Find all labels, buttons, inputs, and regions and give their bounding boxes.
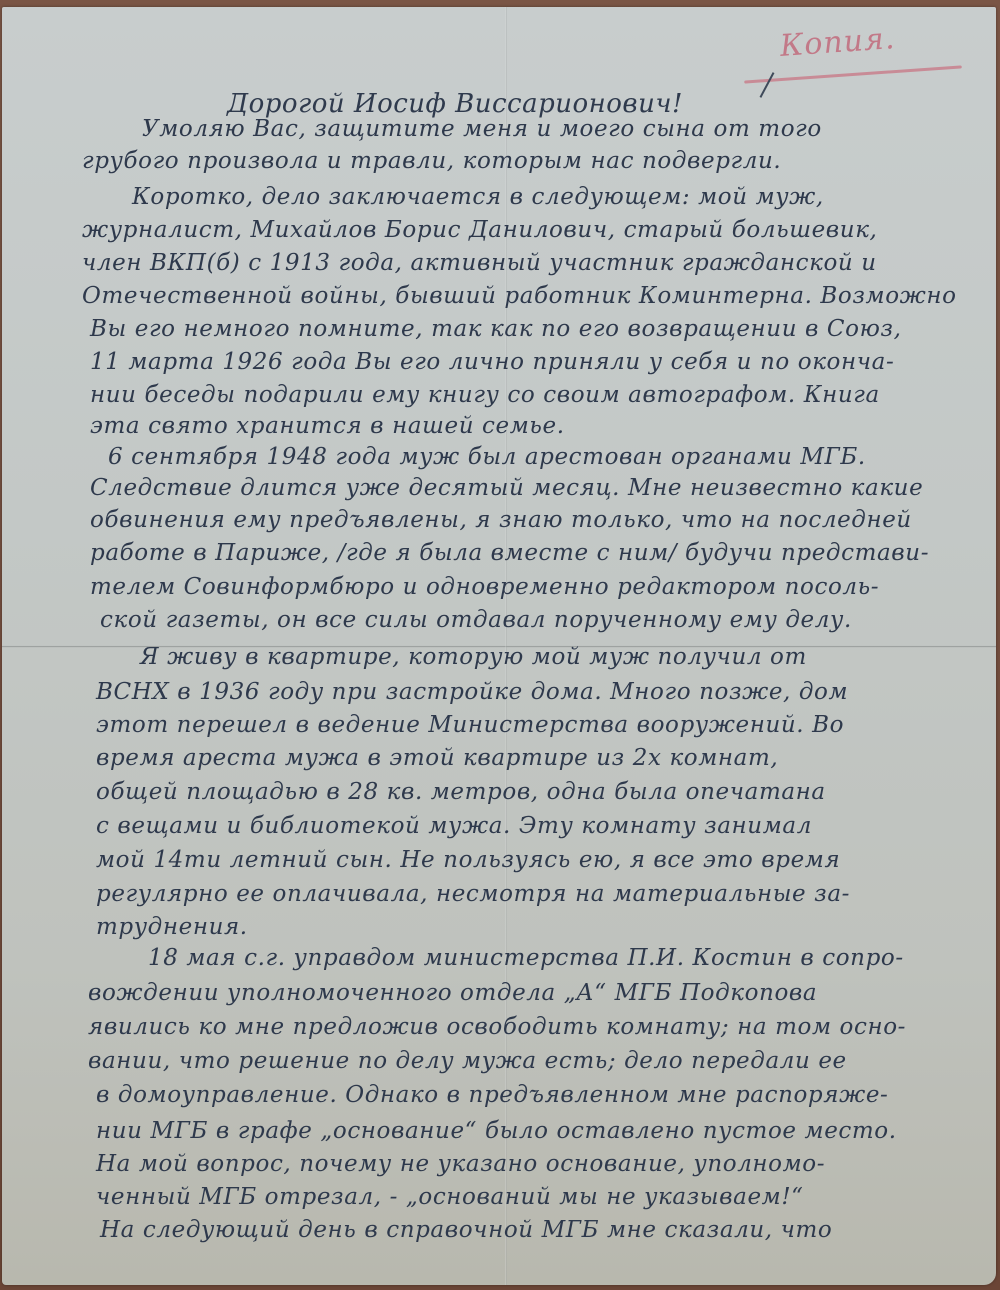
letter-line: явились ко мне предложив освободить комн… [88, 1014, 906, 1040]
letter-line: На мой вопрос, почему не указано основан… [96, 1151, 825, 1177]
letter-line: На следующий день в справочной МГБ мне с… [100, 1217, 832, 1243]
letter-line: ской газеты, он все силы отдавал поручен… [100, 607, 852, 633]
letter-line: вании, что решение по делу мужа есть; де… [88, 1048, 847, 1074]
letter-line: Вы его немного помните, так как по его в… [90, 316, 901, 342]
letter-line: журналист, Михайлов Борис Данилович, ста… [82, 217, 877, 243]
letter-line: ченный МГБ отрезал, - „оснований мы не у… [96, 1184, 804, 1210]
letter-line: обвинения ему предъявлены, я знаю только… [90, 507, 912, 533]
letter-line: нии беседы подарили ему книгу со своим а… [90, 382, 880, 408]
salutation: Дорогой Иосиф Виссарионович! [227, 89, 683, 119]
letter-line: телем Совинформбюро и одновременно редак… [90, 574, 879, 600]
letter-line: грубого произвола и травли, которым нас … [82, 148, 781, 174]
pen-mark [760, 72, 775, 98]
letter-line: время ареста мужа в этой квартире из 2х … [96, 745, 778, 771]
letter-line: регулярно ее оплачивала, несмотря на мат… [96, 881, 850, 907]
letter-line: 11 марта 1926 года Вы его лично приняли … [90, 349, 894, 375]
copy-stamp: Копия. [779, 21, 896, 64]
letter-page: Копия. Дорогой Иосиф Виссарионович! Умол… [2, 7, 996, 1285]
letter-line: Умоляю Вас, защитите меня и моего сына о… [142, 116, 822, 142]
letter-line: с вещами и библиотекой мужа. Эту комнату… [96, 813, 812, 839]
letter-line: Отечественной войны, бывший работник Ком… [82, 283, 957, 309]
letter-line: Коротко, дело заключается в следующем: м… [132, 184, 824, 210]
letter-line: вождении уполномоченного отдела „А“ МГБ … [88, 980, 817, 1006]
letter-line: мой 14ти летний сын. Не пользуясь ею, я … [96, 847, 840, 873]
letter-line: в домоуправление. Однако в предъявленном… [96, 1082, 888, 1108]
letter-line: 6 сентября 1948 года муж был арестован о… [108, 444, 866, 470]
letter-line: 18 мая с.г. управдом министерства П.И. К… [148, 945, 904, 971]
letter-line: Следствие длится уже десятый месяц. Мне … [90, 475, 923, 501]
letter-line: этот перешел в ведение Министерства воор… [96, 712, 844, 738]
letter-line: ВСНХ в 1936 году при застройке дома. Мно… [96, 679, 848, 705]
letter-line: труднения. [96, 914, 248, 940]
letter-line: работе в Париже, /где я была вместе с ни… [90, 540, 929, 566]
letter-line: общей площадью в 28 кв. метров, одна был… [96, 779, 826, 805]
copy-stamp-underline [744, 65, 962, 83]
letter-line: член ВКП(б) с 1913 года, активный участн… [82, 250, 877, 276]
letter-line: эта свято хранится в нашей семье. [90, 413, 565, 439]
letter-line: Я живу в квартире, которую мой муж получ… [140, 644, 807, 670]
letter-line: нии МГБ в графе „основание“ было оставле… [96, 1118, 897, 1144]
